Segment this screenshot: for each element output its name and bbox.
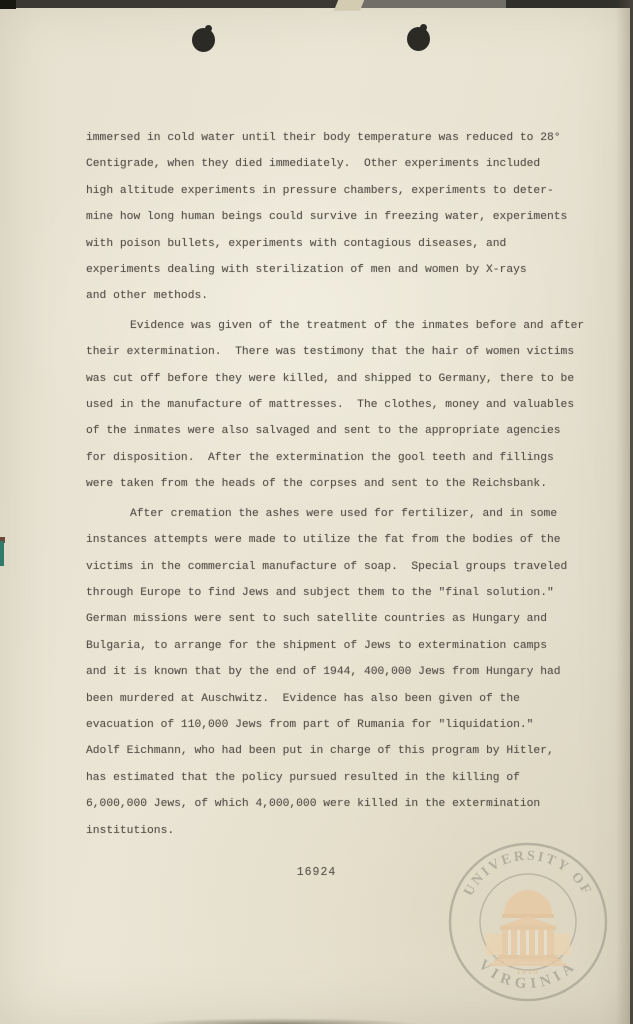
text-line: Evidence was given of the treatment of t… [86, 313, 578, 339]
text-line: were taken from the heads of the corpses… [86, 471, 578, 497]
text-line: their extermination. There was testimony… [86, 339, 578, 365]
text-line: of the inmates were also salvaged and se… [86, 418, 578, 444]
paper-tear-mark [334, 0, 364, 11]
text-line: instances attempts were made to utilize … [86, 527, 578, 553]
text-line: Adolf Eichmann, who had been put in char… [86, 738, 578, 764]
text-line: and other methods. [86, 283, 578, 309]
paragraph: Evidence was given of the treatment of t… [86, 313, 578, 498]
university-of-virginia-seal-watermark: UNIVERSITY OF VIRGINIA 1819 [428, 822, 628, 1022]
paragraph: immersed in cold water until their body … [86, 125, 578, 310]
rotunda-icon [486, 890, 570, 966]
scan-corner-mark [0, 0, 16, 9]
text-line: Centigrade, when they died immediately. … [86, 151, 578, 177]
text-line: with poison bullets, experiments with co… [86, 231, 578, 257]
text-line: After cremation the ashes were used for … [86, 501, 578, 527]
scan-top-edge-segment [506, 0, 633, 8]
text-line: has estimated that the policy pursued re… [86, 765, 578, 791]
text-line: victims in the commercial manufacture of… [86, 554, 578, 580]
text-line: 6,000,000 Jews, of which 4,000,000 were … [86, 791, 578, 817]
text-line: been murdered at Auschwitz. Evidence has… [86, 686, 578, 712]
text-line: immersed in cold water until their body … [86, 125, 578, 151]
text-line: for disposition. After the extermination… [86, 445, 578, 471]
paragraph: After cremation the ashes were used for … [86, 501, 578, 844]
text-line: through Europe to find Jews and subject … [86, 580, 578, 606]
hole-punch-right [407, 27, 430, 51]
text-line: Bulgaria, to arrange for the shipment of… [86, 633, 578, 659]
document-text: immersed in cold water until their body … [86, 125, 578, 844]
edge-teal-mark [0, 541, 4, 566]
text-line: and it is known that by the end of 1944,… [86, 659, 578, 685]
scan-bottom-shadow [128, 1016, 433, 1024]
scan-top-edge-segment [358, 0, 506, 8]
document-page: immersed in cold water until their body … [0, 0, 633, 1024]
text-line: mine how long human beings could survive… [86, 204, 578, 230]
text-line: German missions were sent to such satell… [86, 606, 578, 632]
text-line: used in the manufacture of mattresses. T… [86, 392, 578, 418]
text-line: was cut off before they were killed, and… [86, 366, 578, 392]
text-line: evacuation of 110,000 Jews from part of … [86, 712, 578, 738]
seal-year-text: 1819 [517, 968, 539, 976]
text-line: high altitude experiments in pressure ch… [86, 178, 578, 204]
hole-punch-left [192, 28, 215, 52]
text-line: experiments dealing with sterilization o… [86, 257, 578, 283]
